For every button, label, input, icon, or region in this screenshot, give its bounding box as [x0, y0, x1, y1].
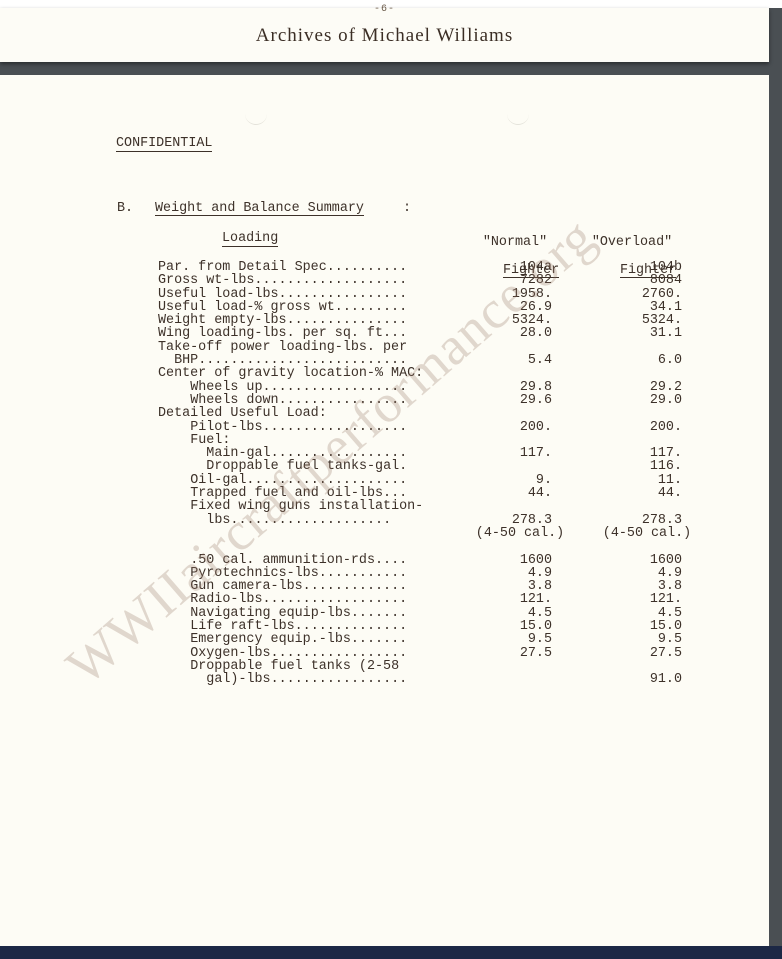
row-label: Emergency equip.-lbs.......	[190, 633, 407, 646]
overload-fighter-value: 2760.	[600, 288, 682, 301]
table-row: Emergency equip.-lbs.......9.59.5	[0, 633, 769, 646]
table-row: Pilot-lbs..................200.200.	[0, 421, 769, 434]
table-row: Oil-gal....................9.11.	[0, 474, 769, 487]
row-label: Droppable fuel tanks-gal.	[206, 460, 407, 473]
column-header-normal-quote: "Normal"	[470, 236, 560, 249]
table-row: Weight empty-lbs...............5324.5324…	[0, 314, 769, 327]
row-label: lbs....................	[206, 514, 391, 527]
column-header-loading: Loading	[222, 232, 278, 247]
table-row: Wheels up..................29.829.2	[0, 381, 769, 394]
table-row	[0, 540, 769, 553]
table-row: Fuel:	[0, 434, 769, 447]
table-row: Radio-lbs..................121.121.	[0, 593, 769, 606]
normal-fighter-value: 44.	[480, 487, 552, 500]
overload-fighter-value: 8084	[600, 274, 682, 287]
normal-fighter-value: 121.	[480, 593, 552, 606]
row-label: Fixed wing guns installation-	[190, 500, 423, 513]
archive-header-page: -6- Archives of Michael Williams	[0, 8, 769, 62]
table-row: Main-gal.................117.117.	[0, 447, 769, 460]
normal-fighter-value: 1600	[480, 554, 552, 567]
table-row: Fixed wing guns installation-	[0, 500, 769, 513]
normal-fighter-value: 27.5	[480, 647, 552, 660]
normal-fighter-value: 9.5	[480, 633, 552, 646]
overload-fighter-value: 116.	[600, 460, 682, 473]
overload-fighter-value: 29.0	[600, 394, 682, 407]
overload-fighter-value: 91.0	[600, 673, 682, 686]
normal-fighter-value: 5.4	[480, 354, 552, 367]
archive-title: Archives of Michael Williams	[0, 25, 769, 47]
section-title: Weight and Balance Summary	[155, 202, 364, 216]
table-row: Center of gravity location-% MAC:	[0, 367, 769, 380]
document-page: CONFIDENTIAL B. Weight and Balance Summa…	[0, 75, 769, 946]
normal-fighter-value: 28.0	[480, 327, 552, 340]
table-row: Trapped fuel and oil-lbs...44.44.	[0, 487, 769, 500]
table-row: lbs....................278.3278.3	[0, 514, 769, 527]
page-number-mark: -6-	[0, 4, 769, 15]
table-row: Droppable fuel tanks (2-58	[0, 660, 769, 673]
row-label: Oxygen-lbs.................	[190, 647, 407, 660]
punch-hole-mark	[245, 112, 267, 125]
normal-fighter-value: 7282	[480, 274, 552, 287]
weight-balance-table: Par. from Detail Spec..........104a104bG…	[0, 261, 769, 687]
viewer-bottom-bar	[0, 946, 782, 959]
section-colon: :	[403, 202, 411, 215]
column-header-overload-quote: "Overload"	[582, 236, 682, 249]
table-row: Wing loading-lbs. per sq. ft...28.031.1	[0, 327, 769, 340]
table-row: Oxygen-lbs.................27.527.5	[0, 647, 769, 660]
overload-fighter-value: 121.	[600, 593, 682, 606]
row-label: Wing loading-lbs. per sq. ft...	[158, 327, 407, 340]
table-row: .50 cal. ammunition-rds....16001600	[0, 554, 769, 567]
table-row: Par. from Detail Spec..........104a104b	[0, 261, 769, 274]
classification-label: CONFIDENTIAL	[116, 137, 212, 152]
row-label: Pilot-lbs..................	[190, 421, 407, 434]
normal-fighter-value: 1958.	[480, 288, 552, 301]
normal-fighter-value: 117.	[480, 447, 552, 460]
overload-fighter-value: 1600	[600, 554, 682, 567]
overload-fighter-value: 200.	[600, 421, 682, 434]
table-row: Gross wt-lbs...................72828084	[0, 274, 769, 287]
row-label: gal)-lbs.................	[206, 673, 407, 686]
punch-hole-mark	[507, 112, 529, 125]
normal-fighter-value: 200.	[480, 421, 552, 434]
row-label: Gross wt-lbs...................	[158, 274, 407, 287]
table-row: Useful load-% gross wt.........26.934.1	[0, 301, 769, 314]
table-row: Pyrotechnics-lbs...........4.94.9	[0, 567, 769, 580]
row-label: Detailed Useful Load:	[158, 407, 327, 420]
table-row: Useful load-lbs................1958.2760…	[0, 288, 769, 301]
overload-fighter-value: 9.5	[600, 633, 682, 646]
overload-fighter-value: 27.5	[600, 647, 682, 660]
row-label: Radio-lbs..................	[190, 593, 407, 606]
table-row: Take-off power loading-lbs. per	[0, 341, 769, 354]
overload-fighter-value: (4-50 cal.)	[592, 527, 702, 540]
table-row: Detailed Useful Load:	[0, 407, 769, 420]
overload-fighter-value: 44.	[600, 487, 682, 500]
table-row: BHP..........................5.46.0	[0, 354, 769, 367]
normal-fighter-value: 29.6	[480, 394, 552, 407]
table-row: Gun camera-lbs.............3.83.8	[0, 580, 769, 593]
table-row: Life raft-lbs..............15.015.0	[0, 620, 769, 633]
table-row: Wheels down................29.629.0	[0, 394, 769, 407]
row-label: Center of gravity location-% MAC:	[158, 367, 423, 380]
table-row: Droppable fuel tanks-gal.116.	[0, 460, 769, 473]
overload-fighter-value: 6.0	[600, 354, 682, 367]
section-letter: B.	[117, 202, 133, 215]
row-label: .50 cal. ammunition-rds....	[190, 554, 407, 567]
table-row: Navigating equip-lbs.......4.54.5	[0, 607, 769, 620]
row-label: Useful load-lbs................	[158, 288, 407, 301]
table-row: gal)-lbs.................91.0	[0, 673, 769, 686]
overload-fighter-value: 31.1	[600, 327, 682, 340]
normal-fighter-value: (4-50 cal.)	[470, 527, 570, 540]
table-row: (4-50 cal.)(4-50 cal.)	[0, 527, 769, 540]
